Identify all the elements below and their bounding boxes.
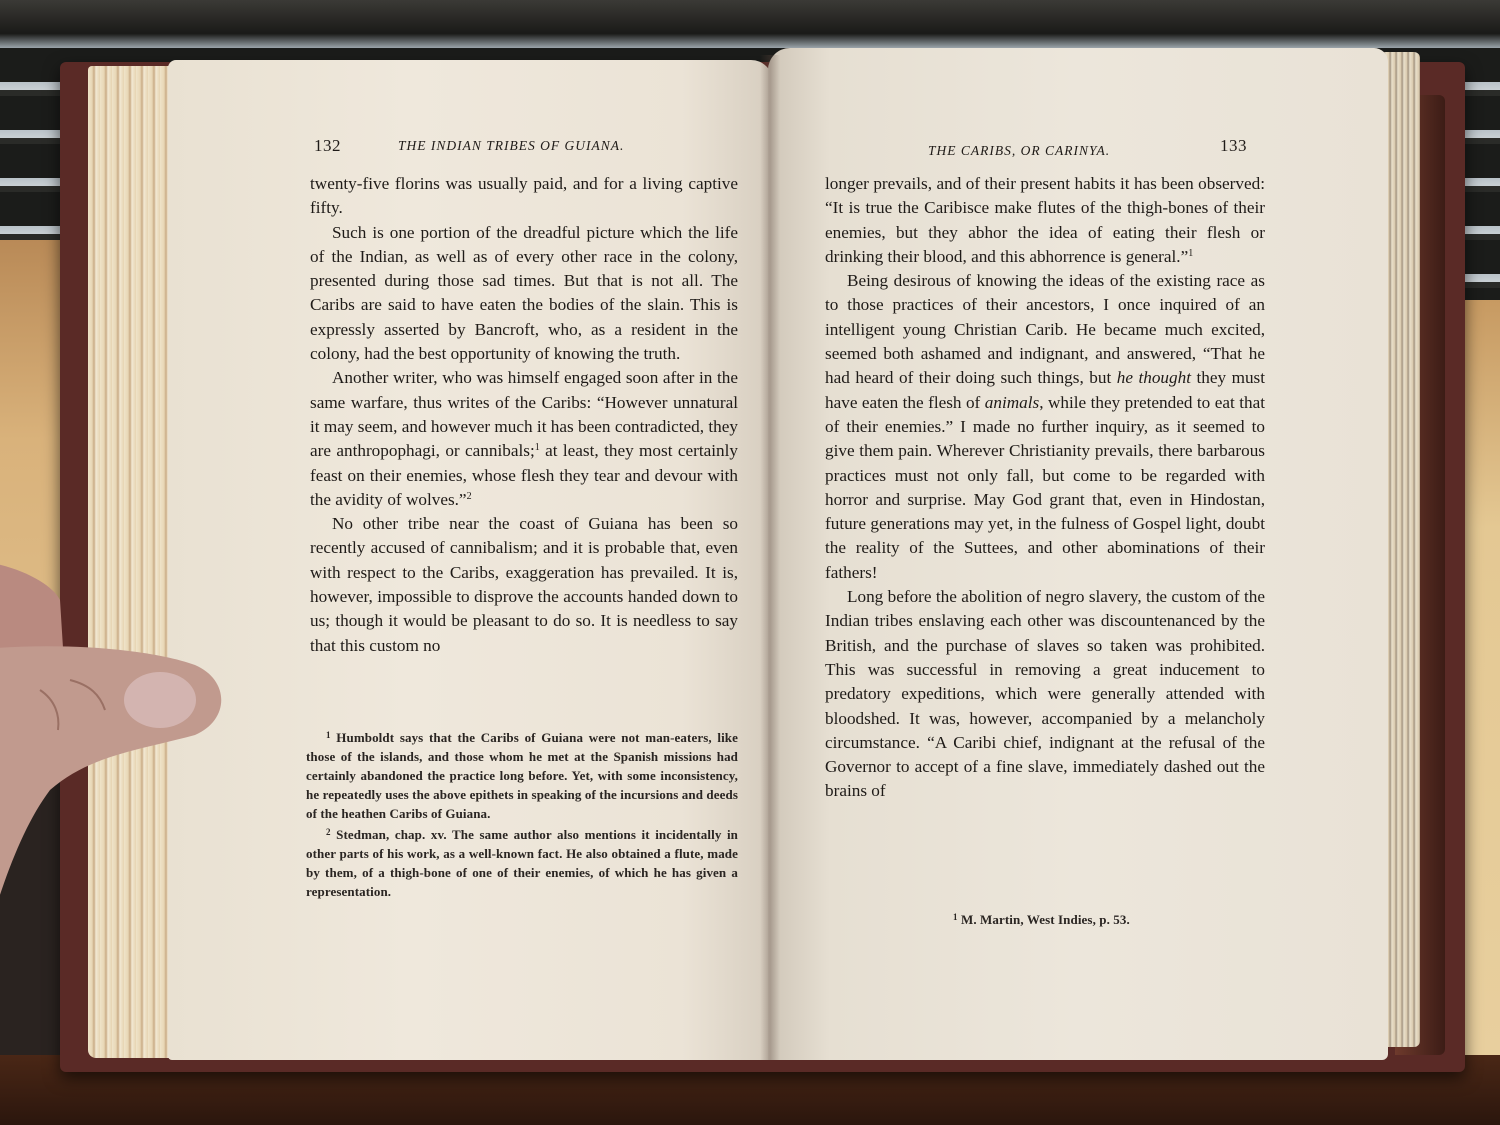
body-text: longer prevails, and of their present ha… <box>825 172 1265 804</box>
page-number: 133 <box>1220 136 1247 155</box>
footnote-ref[interactable]: 2 <box>467 491 472 502</box>
book-gutter <box>760 55 780 1060</box>
body-text: twenty-five florins was usually paid, an… <box>310 172 738 658</box>
page-number: 132 <box>314 136 341 155</box>
running-title: THE CARIBS, OR CARINYA. <box>928 143 1110 159</box>
paragraph: longer prevails, and of their present ha… <box>825 172 1265 269</box>
footnote: 2 Stedman, chap. xv. The same author als… <box>306 825 738 901</box>
footnote: 1 M. Martin, West Indies, p. 53. <box>933 910 1233 929</box>
paragraph: twenty-five florins was usually paid, an… <box>310 172 738 221</box>
window-frame <box>0 0 1500 48</box>
paragraph: No other tribe near the coast of Guiana … <box>310 512 738 658</box>
running-header-right: 133 <box>1220 136 1247 156</box>
paragraph: Another writer, who was himself engaged … <box>310 366 738 512</box>
running-title: THE INDIAN TRIBES OF GUIANA. <box>398 138 624 154</box>
italic-emphasis: he thought <box>1117 368 1191 387</box>
footnotes: 1 M. Martin, West Indies, p. 53. <box>933 910 1233 931</box>
right-page[interactable]: THE CARIBS, OR CARINYA. 133 longer preva… <box>768 48 1388 1060</box>
footnote-ref[interactable]: 1 <box>1188 248 1193 259</box>
paragraph: Such is one portion of the dreadful pict… <box>310 221 738 367</box>
hand-thumb <box>0 560 270 1030</box>
italic-emphasis: animals <box>985 393 1039 412</box>
footnotes: 1 Humboldt says that the Caribs of Guian… <box>306 728 738 903</box>
paragraph: Long before the abolition of negro slave… <box>825 585 1265 804</box>
running-header-left: 132 <box>314 136 341 156</box>
footnote: 1 Humboldt says that the Caribs of Guian… <box>306 728 738 823</box>
paragraph: Being desirous of knowing the ideas of t… <box>825 269 1265 585</box>
